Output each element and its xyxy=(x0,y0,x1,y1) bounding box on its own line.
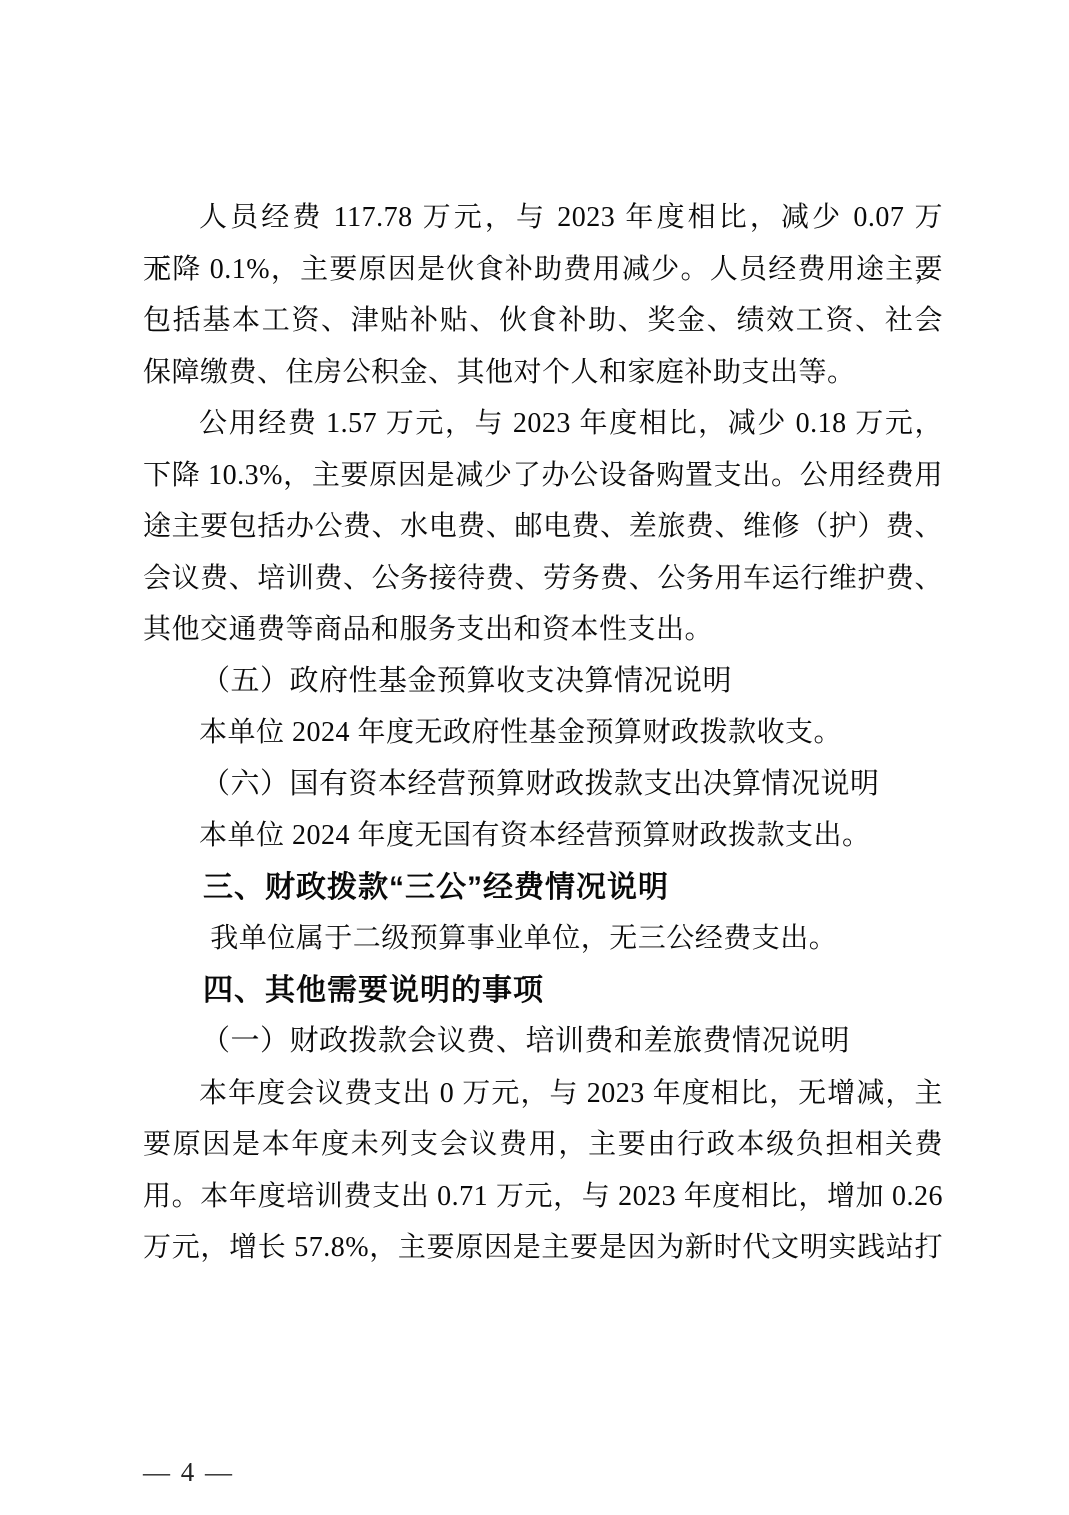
text-line: 其他交通费等商品和服务支出和资本性支出。 xyxy=(143,604,943,656)
text-line: 下降 10.3%，主要原因是减少了办公设备购置支出。公用经费用 xyxy=(143,450,943,502)
section-heading: 四、其他需要说明的事项 xyxy=(143,965,943,1017)
text-line: 用。本年度培训费支出 0.71 万元，与 2023 年度相比，增加 0.26 xyxy=(143,1171,943,1223)
document-page: 人员经费 117.78 万元，与 2023 年度相比，减少 0.07 万元，下降… xyxy=(0,0,1069,1515)
text-line: 本年度会议费支出 0 万元，与 2023 年度相比，无增减，主 xyxy=(143,1068,943,1120)
text-line: 万元，增长 57.8%，主要原因是主要是因为新时代文明实践站打 xyxy=(143,1222,943,1274)
text-line: 会议费、培训费、公务接待费、劳务费、公务用车运行维护费、 xyxy=(143,553,943,605)
text-line: 要原因是本年度未列支会议费用，主要由行政本级负担相关费 xyxy=(143,1119,943,1171)
subsection-heading: （一）财政拨款会议费、培训费和差旅费情况说明 xyxy=(143,1016,943,1068)
page-number: — 4 — xyxy=(143,1452,234,1492)
text-line: 下降 0.1%，主要原因是伙食补助费用减少。人员经费用途主要 xyxy=(143,244,943,296)
subsection-heading: （五）政府性基金预算收支决算情况说明 xyxy=(143,656,943,708)
text-line: 包括基本工资、津贴补贴、伙食补助、奖金、绩效工资、社会 xyxy=(143,295,943,347)
section-heading: 三、财政拨款“三公”经费情况说明 xyxy=(143,862,943,914)
document-body: 人员经费 117.78 万元，与 2023 年度相比，减少 0.07 万元，下降… xyxy=(143,192,943,1274)
text-line: 本单位 2024 年度无政府性基金预算财政拨款收支。 xyxy=(143,707,943,759)
text-line: 本单位 2024 年度无国有资本经营预算财政拨款支出。 xyxy=(143,810,943,862)
text-line: 途主要包括办公费、水电费、邮电费、差旅费、维修（护）费、 xyxy=(143,501,943,553)
text-line: 公用经费 1.57 万元，与 2023 年度相比，减少 0.18 万元， xyxy=(143,398,943,450)
text-line: 人员经费 117.78 万元，与 2023 年度相比，减少 0.07 万元， xyxy=(143,192,943,244)
text-line: 我单位属于二级预算事业单位，无三公经费支出。 xyxy=(143,913,943,965)
subsection-heading: （六）国有资本经营预算财政拨款支出决算情况说明 xyxy=(143,759,943,811)
text-line: 保障缴费、住房公积金、其他对个人和家庭补助支出等。 xyxy=(143,347,943,399)
